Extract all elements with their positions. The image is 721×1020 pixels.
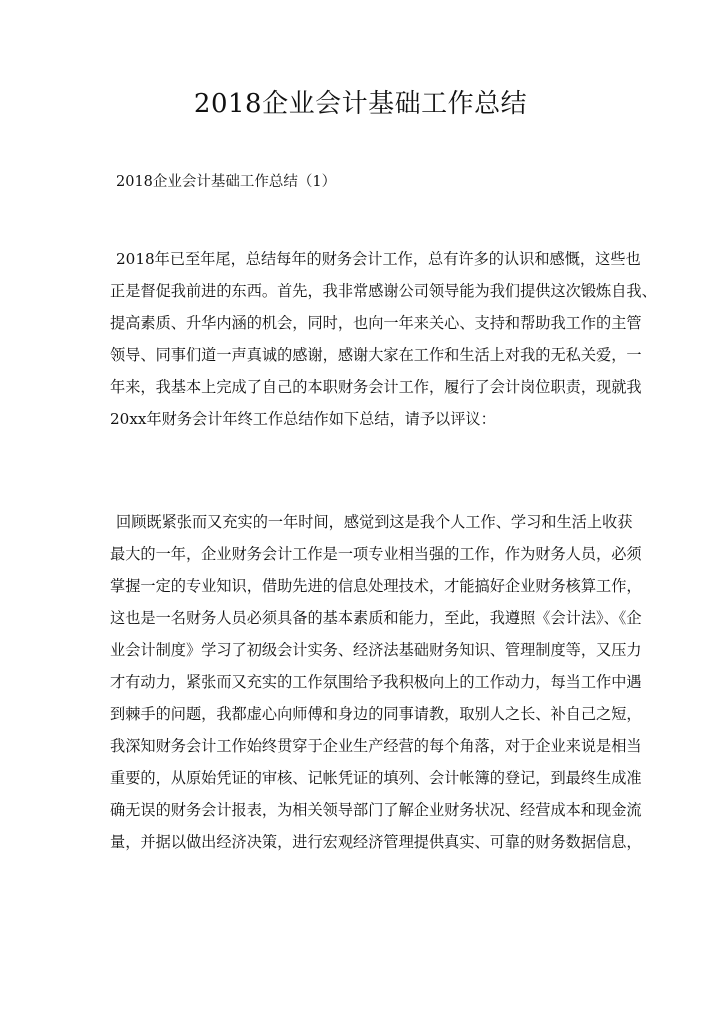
document-page: 2018企业会计基础工作总结 2018企业会计基础工作总结（1） 2018年已至… [0, 0, 721, 1020]
paragraph-line: 20xx年财务会计年终工作总结作如下总结，请予以评议： [110, 403, 614, 435]
paragraph-line: 才有动力，紧张而又充实的工作氛围给予我积极向上的工作动力，每当工作中遇 [110, 666, 614, 698]
paragraph-line: 最大的一年，企业财务会计工作是一项专业相当强的工作，作为财务人员，必须 [110, 538, 614, 570]
paragraph-line: 回顾既紧张而又充实的一年时间，感觉到这是我个人工作、学习和生活上收获 [110, 506, 614, 538]
paragraph-2: 回顾既紧张而又充实的一年时间，感觉到这是我个人工作、学习和生活上收获 最大的一年… [110, 506, 614, 858]
paragraph-line: 确无误的财务会计报表，为相关领导部门了解企业财务状况、经营成本和现金流 [110, 794, 614, 826]
paragraph-line: 正是督促我前进的东西。首先，我非常感谢公司领导能为我们提供这次锻炼自我、 [110, 275, 614, 307]
paragraph-line: 这也是一名财务人员必须具备的基本素质和能力，至此，我遵照《会计法》、《企 [110, 602, 614, 634]
paragraph-line: 领导、同事们道一声真诚的感谢，感谢大家在工作和生活上对我的无私关爱，一 [110, 339, 614, 371]
paragraph-line: 掌握一定的专业知识，借助先进的信息处理技术，才能搞好企业财务核算工作， [110, 570, 614, 602]
paragraph-line: 重要的，从原始凭证的审核、记帐凭证的填列、会计帐簿的登记，到最终生成准 [110, 762, 614, 794]
document-title: 2018企业会计基础工作总结 [0, 86, 721, 122]
paragraph-1: 2018年已至年尾，总结每年的财务会计工作，总有许多的认识和感慨，这些也 正是督… [110, 243, 614, 435]
paragraph-line: 年来，我基本上完成了自己的本职财务会计工作，履行了会计岗位职责，现就我 [110, 371, 614, 403]
section-subtitle: 2018企业会计基础工作总结（1） [116, 172, 336, 192]
paragraph-line: 提高素质、升华内涵的机会，同时，也向一年来关心、支持和帮助我工作的主管 [110, 307, 614, 339]
paragraph-line: 2018年已至年尾，总结每年的财务会计工作，总有许多的认识和感慨，这些也 [110, 243, 614, 275]
paragraph-line: 量，并据以做出经济决策，进行宏观经济管理提供真实、可靠的财务数据信息， [110, 826, 614, 858]
paragraph-line: 业会计制度》学习了初级会计实务、经济法基础财务知识、管理制度等，又压力 [110, 634, 614, 666]
paragraph-line: 我深知财务会计工作始终贯穿于企业生产经营的每个角落，对于企业来说是相当 [110, 730, 614, 762]
paragraph-line: 到棘手的问题，我都虚心向师傅和身边的同事请教，取别人之长、补自己之短， [110, 698, 614, 730]
